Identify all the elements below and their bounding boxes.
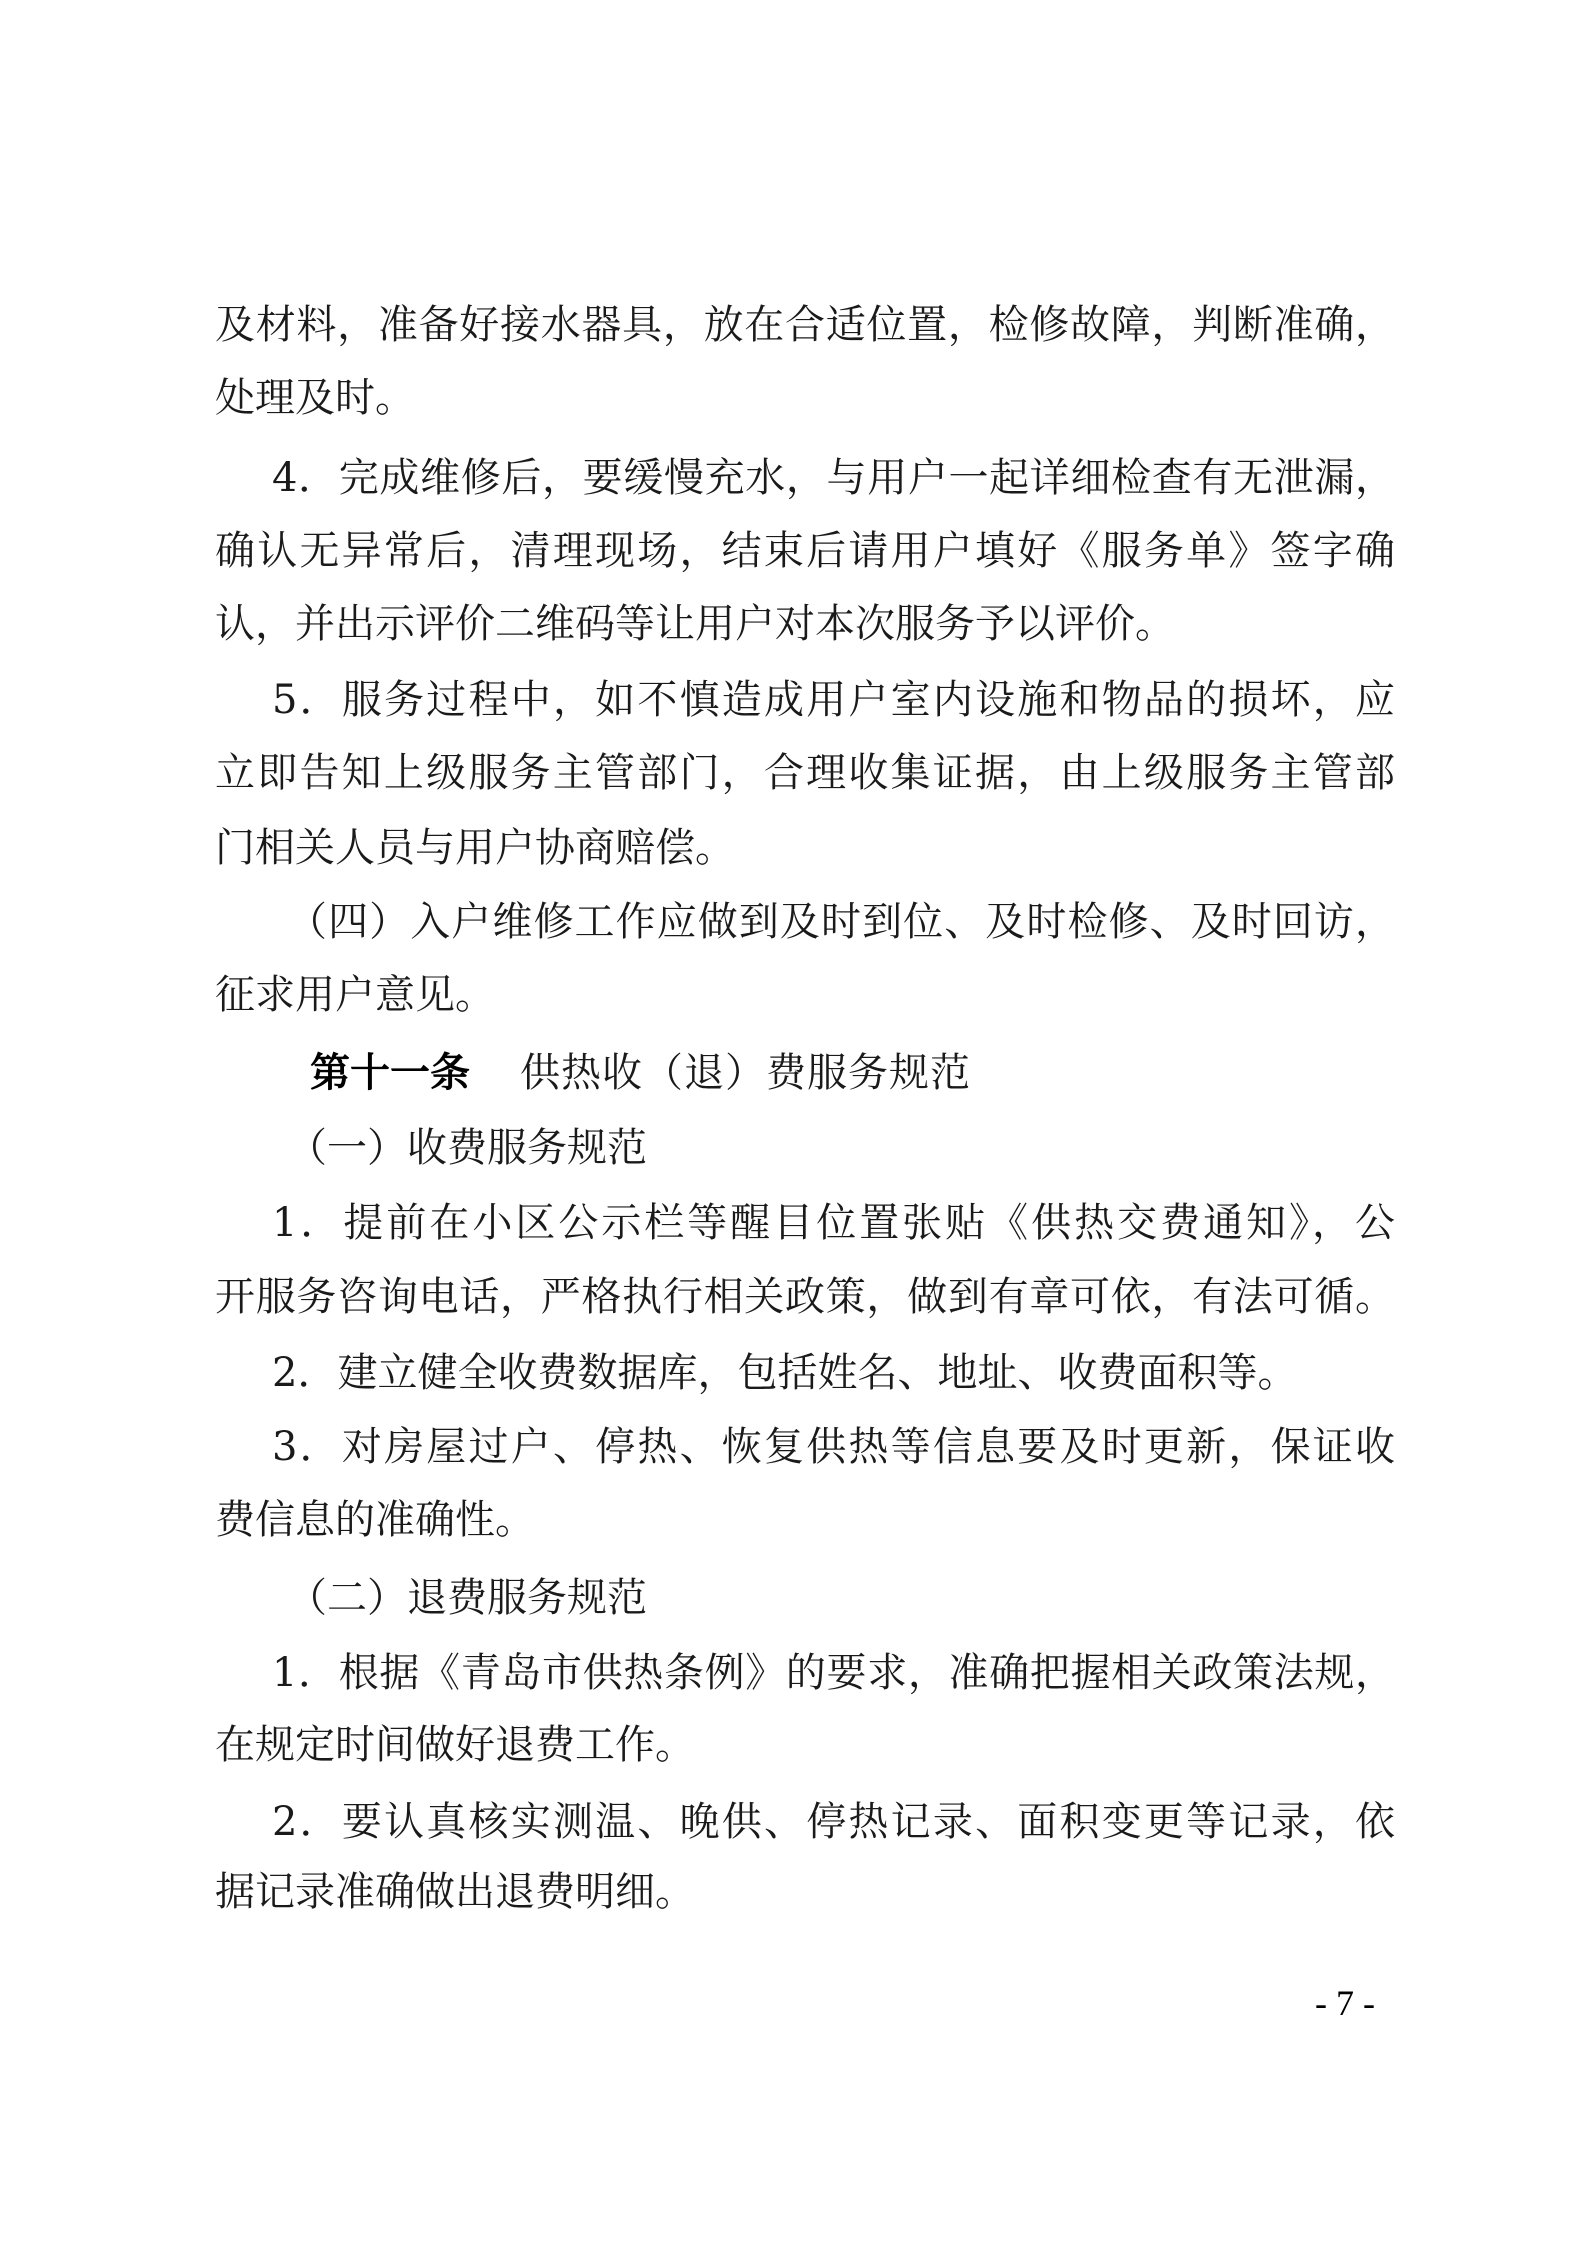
page-number: - 7 - xyxy=(1290,1978,1400,2028)
list-item-2: 2．要认真核实测温、晚供、停热记录、面积变更等记录，依 xyxy=(215,1785,1395,1859)
article-number: 第十一条 xyxy=(310,1050,470,1096)
paragraph-line: 据记录准确做出退费明细。 xyxy=(215,1855,1395,1929)
list-item-1: 1．根据《青岛市供热条例》的要求，准确把握相关政策法规， xyxy=(215,1636,1395,1710)
paragraph-line: 及材料，准备好接水器具，放在合适位置，检修故障，判断准确， xyxy=(215,288,1395,362)
paragraph-line: 开服务咨询电话，严格执行相关政策，做到有章可依，有法可循。 xyxy=(215,1260,1395,1334)
paragraph-line: 认，并出示评价二维码等让用户对本次服务予以评价。 xyxy=(215,587,1395,661)
document-page: 及材料，准备好接水器具，放在合适位置，检修故障，判断准确， 处理及时。 4．完成… xyxy=(0,0,1587,2245)
list-item-1: 1．提前在小区公示栏等醒目位置张贴《供热交费通知》，公 xyxy=(215,1186,1395,1260)
section-four-line: （四）入户维修工作应做到及时到位、及时检修、及时回访， xyxy=(215,885,1395,959)
paragraph-line: 在规定时间做好退费工作。 xyxy=(215,1708,1395,1782)
article-heading: 第十一条供热收（退）费服务规范 xyxy=(215,1036,1395,1110)
article-title: 供热收（退）费服务规范 xyxy=(520,1050,971,1096)
paragraph-line: 立即告知上级服务主管部门，合理收集证据，由上级服务主管部 xyxy=(215,736,1395,810)
subsection-heading-fee-collection: （一）收费服务规范 xyxy=(215,1111,1395,1185)
list-item-3: 3．对房屋过户、停热、恢复供热等信息要及时更新，保证收 xyxy=(215,1410,1395,1484)
paragraph-line: 处理及时。 xyxy=(215,361,1395,435)
paragraph-line: 费信息的准确性。 xyxy=(215,1483,1395,1557)
list-item-2: 2．建立健全收费数据库，包括姓名、地址、收费面积等。 xyxy=(215,1336,1395,1410)
paragraph-line: 征求用户意见。 xyxy=(215,958,1395,1032)
paragraph-line: 确认无异常后，清理现场，结束后请用户填好《服务单》签字确 xyxy=(215,514,1395,588)
list-item-4: 4．完成维修后，要缓慢充水，与用户一起详细检查有无泄漏， xyxy=(215,441,1395,515)
subsection-heading-refund: （二）退费服务规范 xyxy=(215,1561,1395,1635)
paragraph-line: 门相关人员与用户协商赔偿。 xyxy=(215,811,1395,885)
list-item-5: 5．服务过程中，如不慎造成用户室内设施和物品的损坏，应 xyxy=(215,663,1395,737)
